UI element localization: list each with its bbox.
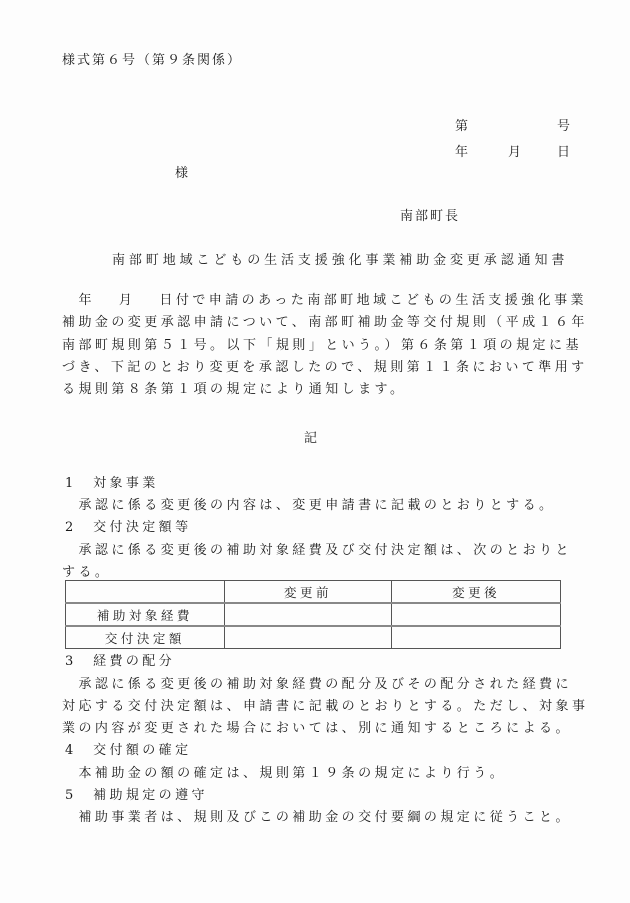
section-5-heading: 5 補助規定の遵守 — [65, 784, 208, 803]
section-2-heading: 2 交付決定額等 — [65, 516, 191, 535]
section-3-heading: 3 経費の配分 — [65, 650, 175, 669]
body-line: 南部町規則第５１号。以下「規則」という。）第６条第１項の規定に基 — [62, 335, 572, 357]
table-cell — [224, 603, 392, 626]
table-header-cell — [66, 581, 225, 604]
section-3-body: 対応する交付決定額は、申請書に記載のとおりとする。ただし、対象事 — [62, 695, 588, 714]
amounts-table: 変更前 変更後 補助対象経費 交付決定額 — [65, 580, 561, 649]
ki-marker: 記 — [304, 427, 317, 446]
body-line: 補助金の変更承認申請について、南部町補助金等交付規則（平成１６年 — [62, 312, 572, 334]
sender-name: 南部町長 — [400, 205, 460, 224]
section-3-body: 承認に係る変更後の補助対象経費の配分及びその配分された経費に — [62, 673, 572, 692]
table-row-label: 交付決定額 — [66, 626, 225, 649]
table-header-cell: 変更後 — [392, 581, 561, 604]
body-line: 年 月 日付で申請のあった南部町地域こどもの生活支援強化事業 — [62, 290, 572, 312]
section-4-body: 本補助金の額の確定は、規則第１９条の規定により行う。 — [62, 762, 506, 781]
section-2-body: 承認に係る変更後の補助対象経費及び交付決定額は、次のとおりと — [62, 539, 572, 558]
section-5-body: 補助事業者は、規則及びこの補助金の交付要綱の規定に従うこと。 — [62, 806, 572, 825]
table-row: 交付決定額 — [66, 626, 561, 649]
document-title: 南部町地域こどもの生活支援強化事業補助金変更承認通知書 — [112, 249, 568, 268]
table-row: 補助対象経費 — [66, 603, 561, 626]
section-3-body: 業の内容が変更された場合においては、別に通知するところによる。 — [62, 717, 572, 736]
recipient-honorific: 様 — [175, 162, 188, 181]
table-cell — [392, 626, 561, 649]
body-line: づき、下記のとおり変更を承認したので、規則第１１条において準用す — [62, 357, 572, 379]
table-header-cell: 変更前 — [224, 581, 392, 604]
section-4-heading: 4 交付額の確定 — [65, 739, 191, 758]
table-header-row: 変更前 変更後 — [66, 581, 561, 604]
table-row-label: 補助対象経費 — [66, 603, 225, 626]
date-month-label: 月 — [508, 141, 521, 160]
section-1-heading: 1 対象事業 — [65, 472, 159, 491]
doc-number-suffix: 号 — [557, 115, 570, 134]
body-line: る規則第８条第１項の規定により通知します。 — [62, 379, 572, 401]
table-cell — [392, 603, 561, 626]
doc-number-prefix: 第 — [455, 115, 468, 134]
table-cell — [224, 626, 392, 649]
section-2-body: する。 — [62, 561, 111, 580]
date-day-label: 日 — [557, 141, 570, 160]
body-paragraph: 年 月 日付で申請のあった南部町地域こどもの生活支援強化事業 補助金の変更承認申… — [62, 290, 572, 401]
form-number: 様式第６号（第９条関係） — [62, 49, 242, 68]
section-1-body: 承認に係る変更後の内容は、変更申請書に記載のとおりとする。 — [62, 494, 556, 513]
date-year-label: 年 — [455, 141, 468, 160]
